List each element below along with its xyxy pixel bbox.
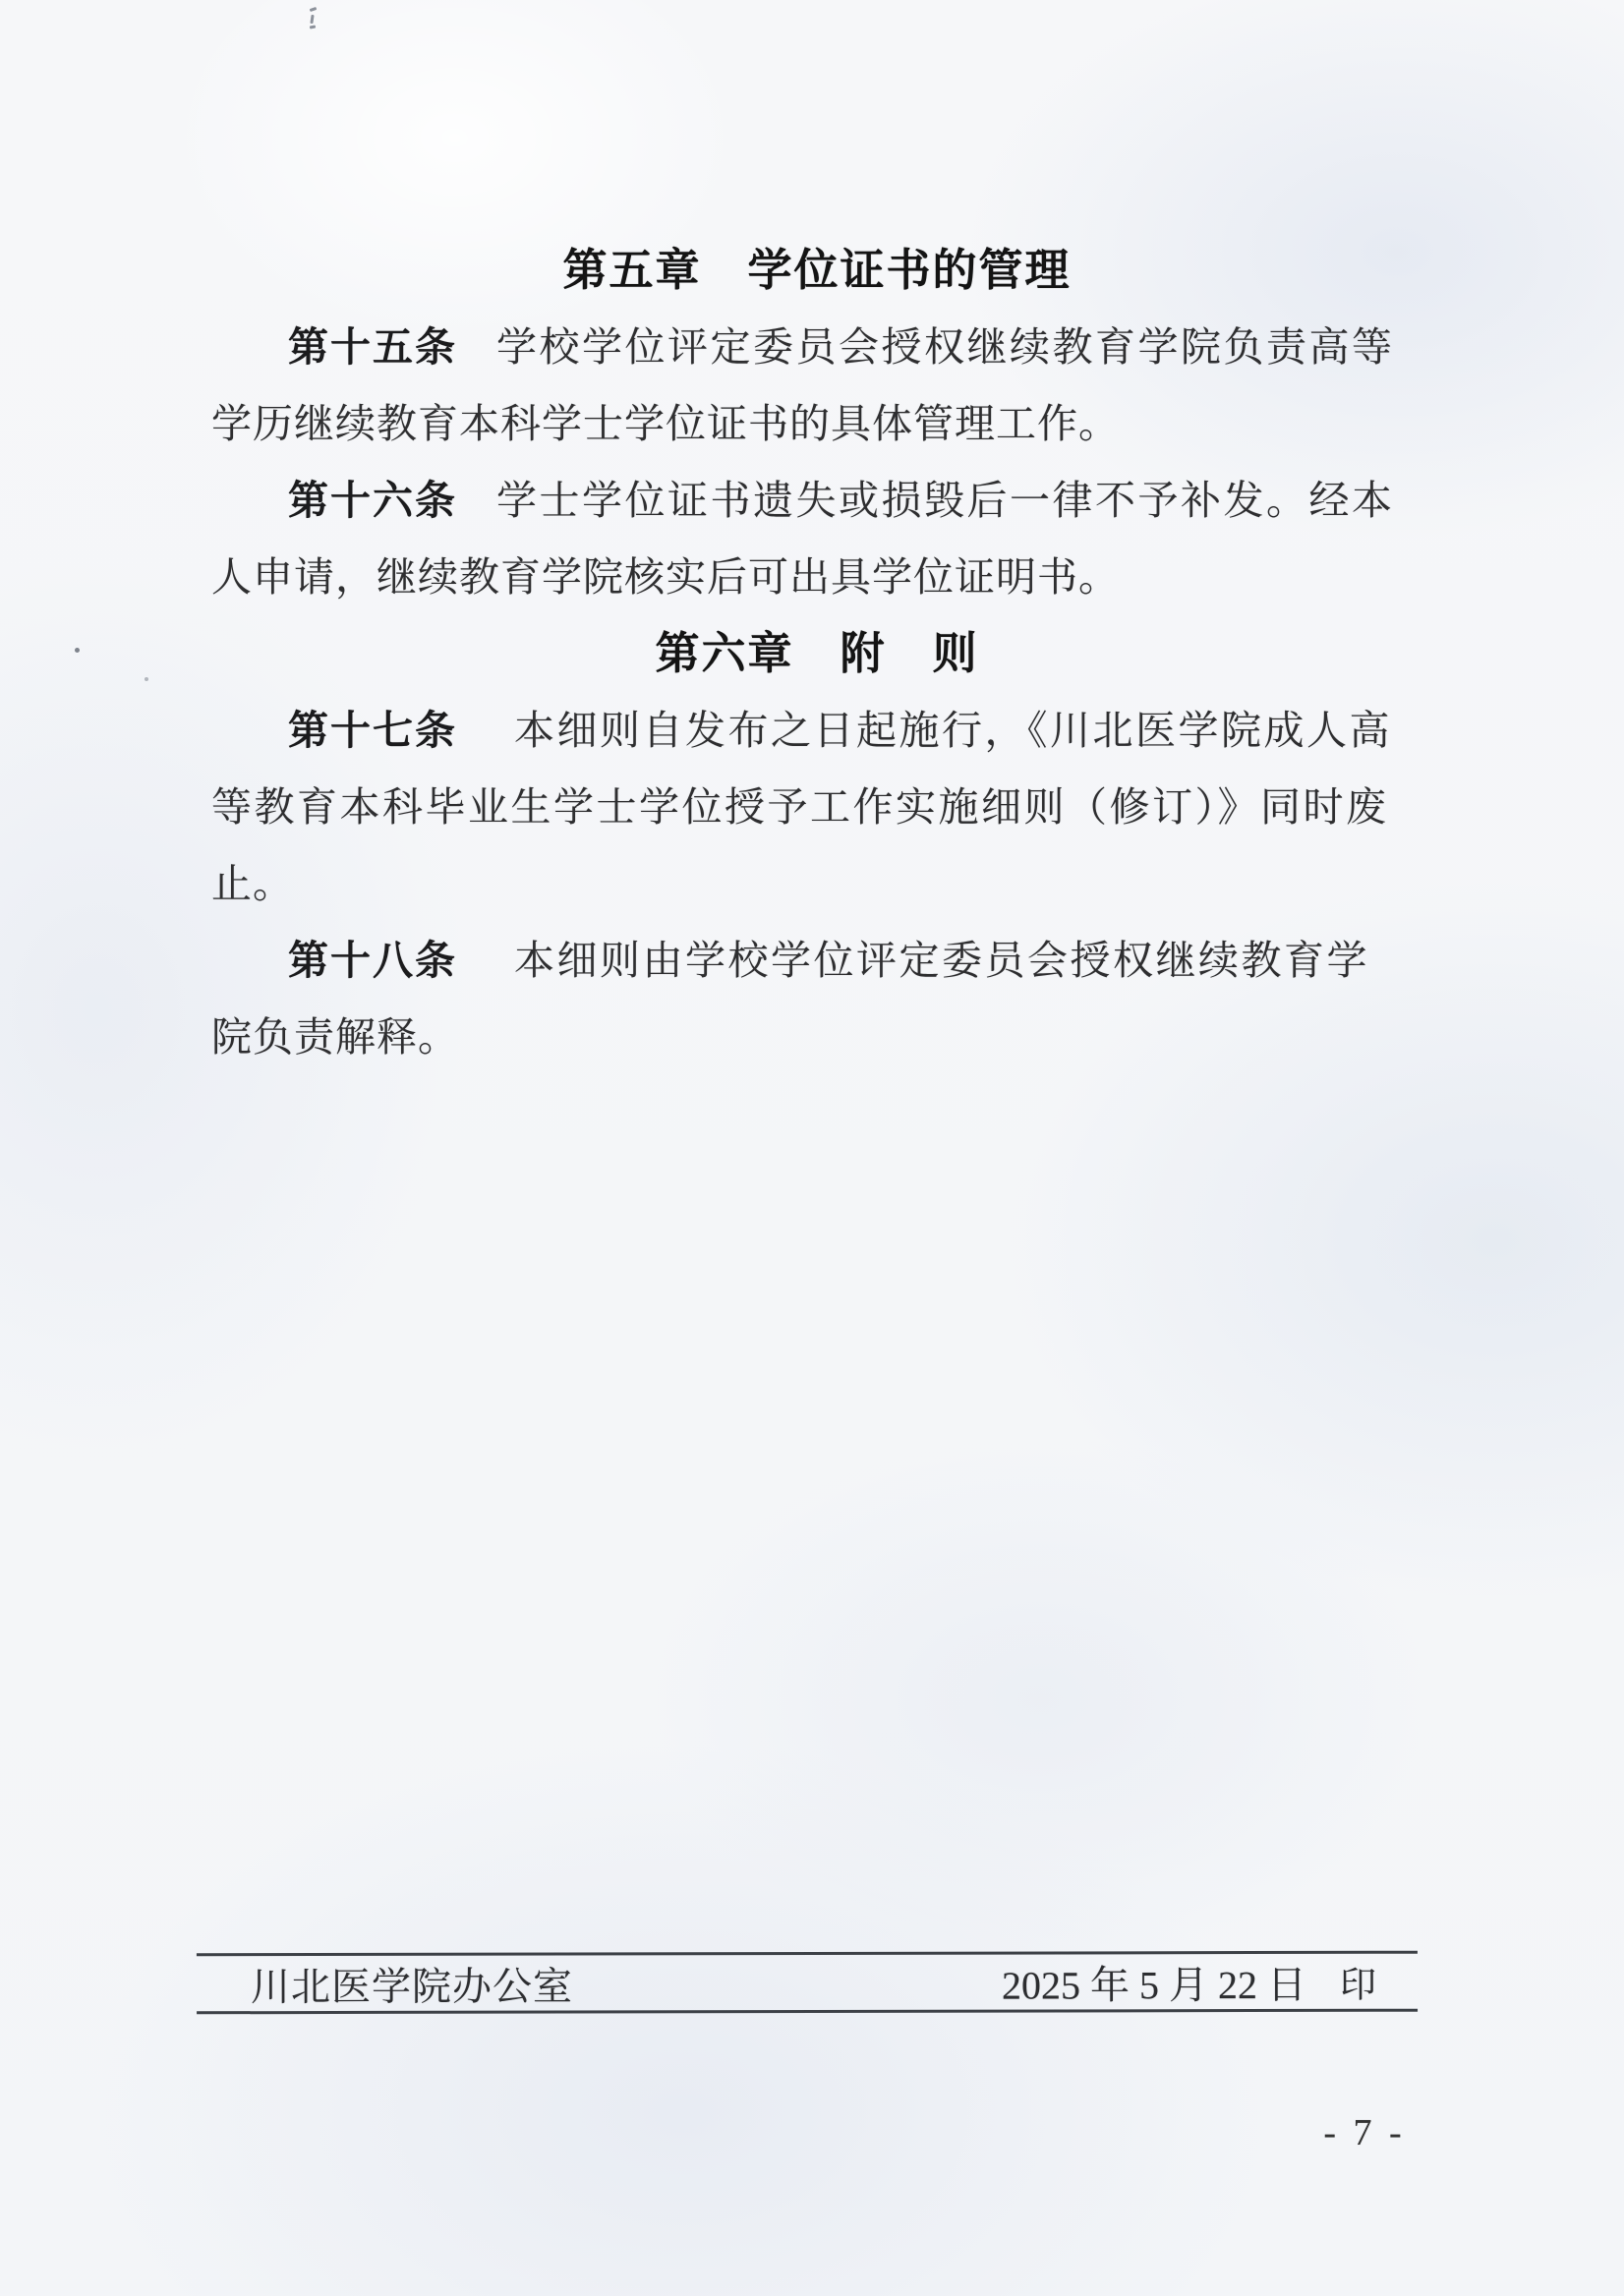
article-15-line-1: 第十五条学校学位评定委员会授权继续教育学院负责高等 xyxy=(211,309,1422,385)
article-16-line-1: 第十六条学士学位证书遗失或损毁后一律不予补发。经本 xyxy=(211,462,1422,539)
article-15-number: 第十五条 xyxy=(288,324,457,370)
scan-artifact-mark xyxy=(308,8,318,33)
article-18-line-1: 第十八条本细则由学校学位评定委员会授权继续教育学 xyxy=(211,922,1422,999)
article-16-text: 学士学位证书遗失或损毁后一律不予补发。经本 xyxy=(496,478,1395,523)
print-date: 2025 年 5 月 22 日 xyxy=(1002,1953,1306,2010)
scan-noise-dot xyxy=(145,677,148,681)
article-15-line-2: 学历继续教育本科学士学位证书的具体管理工作。 xyxy=(211,385,1422,462)
document-body: 第五章 学位证书的管理 第十五条学校学位评定委员会授权继续教育学院负责高等 学历… xyxy=(211,232,1422,1075)
article-17-line-2: 等教育本科毕业生学士学位授予工作实施细则（修订）》同时废 xyxy=(211,769,1422,845)
scan-noise-dot xyxy=(75,648,80,653)
article-17-text: 本细则自发布之日起施行，《川北医学院成人高 xyxy=(514,708,1392,753)
scanned-document-page: 第五章 学位证书的管理 第十五条学校学位评定委员会授权继续教育学院负责高等 学历… xyxy=(0,0,1624,2296)
article-17-number: 第十七条 xyxy=(288,708,457,753)
page-number: - 7 - xyxy=(1296,2109,1433,2156)
chapter-6-heading: 第六章 附 则 xyxy=(211,615,1422,692)
article-16-line-2: 人申请，继续教育学院核实后可出具学位证明书。 xyxy=(211,539,1422,615)
article-18-text: 本细则由学校学位评定委员会授权继续教育学 xyxy=(514,938,1369,983)
imprint-footer: 川北医学院办公室 2025 年 5 月 22 日 印 xyxy=(197,1951,1418,2015)
article-18-line-2: 院负责解释。 xyxy=(211,999,1422,1075)
print-date-row: 2025 年 5 月 22 日 印 xyxy=(1002,1953,1418,2010)
article-17-line-3: 止。 xyxy=(211,845,1422,922)
issuing-office: 川北医学院办公室 xyxy=(197,1955,573,2012)
print-label: 印 xyxy=(1340,1955,1376,2008)
article-17-line-1: 第十七条本细则自发布之日起施行，《川北医学院成人高 xyxy=(211,692,1422,769)
chapter-5-heading: 第五章 学位证书的管理 xyxy=(211,232,1422,309)
article-15-text: 学校学位评定委员会授权继续教育学院负责高等 xyxy=(496,324,1395,370)
article-18-number: 第十八条 xyxy=(288,938,457,983)
article-16-number: 第十六条 xyxy=(288,478,457,523)
